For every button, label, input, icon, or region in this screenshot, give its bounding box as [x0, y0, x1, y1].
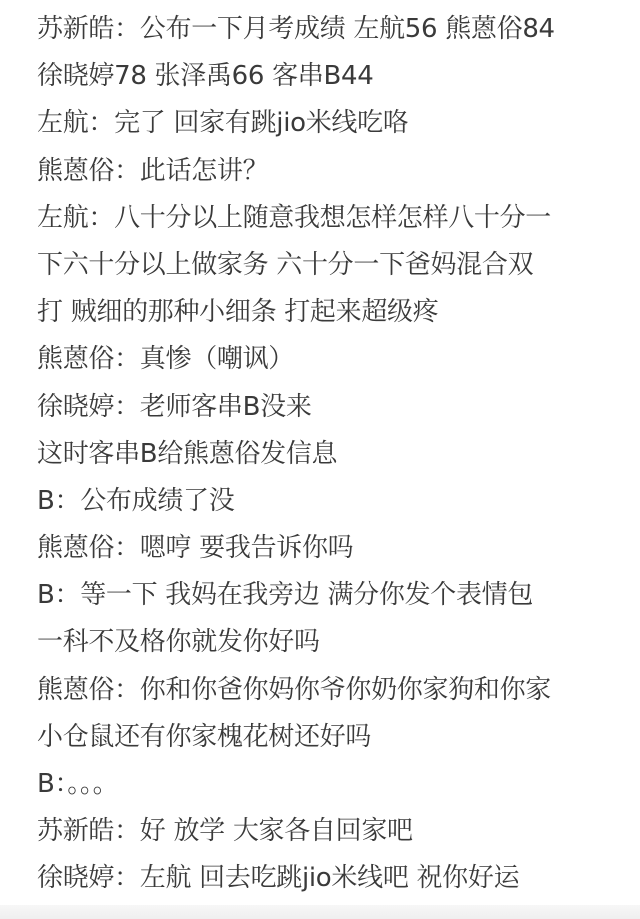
text-line: 这时客串B给熊蒽俗发信息: [37, 431, 637, 478]
chat-transcript: 苏新皓：公布一下月考成绩 左航56 熊蒽俗84 徐晓婷78 张泽禹66 客串B4…: [37, 6, 637, 903]
text-line: 一科不及格你就发你好吗: [37, 619, 637, 666]
text-line: 左航：八十分以上随意我想怎样怎样八十分一: [37, 195, 637, 242]
bottom-shade: [0, 905, 640, 919]
text-line: 下六十分以上做家务 六十分一下爸妈混合双: [37, 242, 637, 289]
text-line: 熊蒽俗：此话怎讲？: [37, 148, 637, 195]
text-line: 熊蒽俗：嗯哼 要我告诉你吗: [37, 525, 637, 572]
text-line: 打 贼细的那种小细条 打起来超级疼: [37, 289, 637, 336]
text-line: 左航：完了 回家有跳jio米线吃咯: [37, 100, 637, 147]
text-line: 小仓鼠还有你家槐花树还好吗: [37, 714, 637, 761]
text-line: B：。。。: [37, 761, 637, 808]
text-line: 苏新皓：公布一下月考成绩 左航56 熊蒽俗84: [37, 6, 637, 53]
text-line: 熊蒽俗：真惨（嘲讽）: [37, 336, 637, 383]
text-line: 徐晓婷：老师客串B没来: [37, 384, 637, 431]
text-line: 徐晓婷：左航 回去吃跳jio米线吧 祝你好运: [37, 855, 637, 902]
text-line: 苏新皓：好 放学 大家各自回家吧: [37, 808, 637, 855]
text-line: 熊蒽俗：你和你爸你妈你爷你奶你家狗和你家: [37, 667, 637, 714]
text-line: B：等一下 我妈在我旁边 满分你发个表情包: [37, 572, 637, 619]
text-line: B：公布成绩了没: [37, 478, 637, 525]
text-line: 徐晓婷78 张泽禹66 客串B44: [37, 53, 637, 100]
